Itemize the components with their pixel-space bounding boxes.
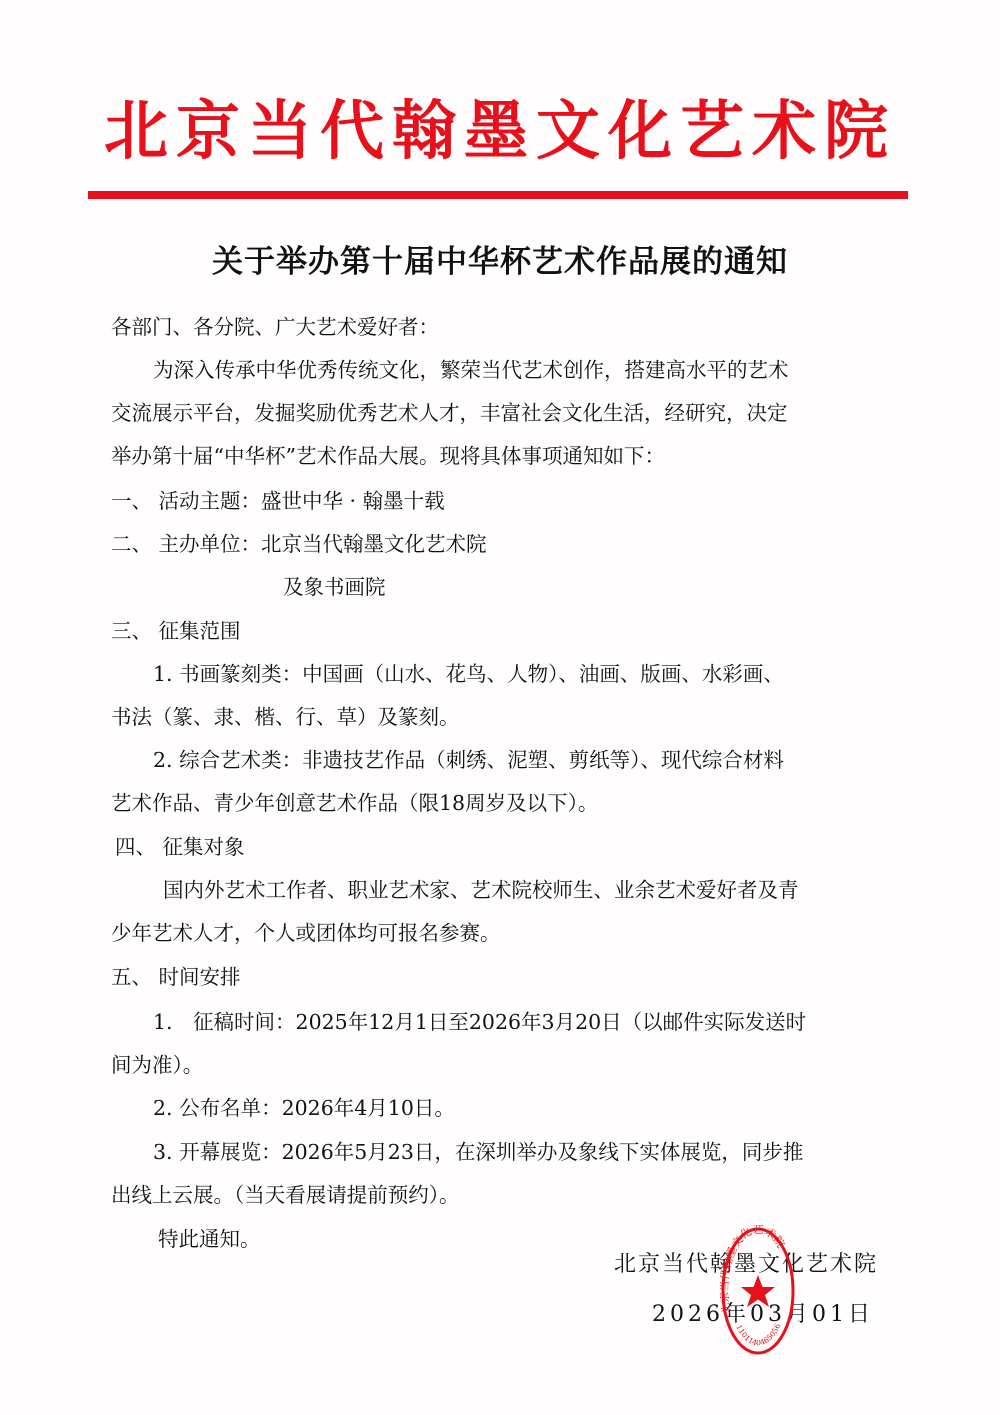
official-seal: 北京当代翰墨文化艺术院 1101140465056: [720, 1225, 796, 1357]
section-theme: 一、 活动主题：盛世中华 · 翰墨十载: [111, 486, 445, 516]
org-title: 北京当代翰墨文化艺术院: [0, 92, 1000, 172]
target-line: 少年艺术人才，个人或团体均可报名参赛。: [111, 918, 501, 948]
target-line: 国内外艺术工作者、职业艺术家、艺术院校师生、业余艺术爱好者及青: [163, 875, 799, 905]
section-organizer-continuation: 及象书画院: [283, 572, 386, 602]
intro-line: 交流展示平台，发掘奖励优秀艺术人才，丰富社会文化生活，经研究，决定: [111, 398, 788, 428]
intro-line: 举办第十届“中华杯”艺术作品大展。现将具体事项通知如下：: [111, 441, 665, 471]
notice-title: 关于举办第十届中华杯艺术作品展的通知: [0, 240, 1000, 284]
scope-line: 艺术作品、青少年创意艺术作品（限18周岁及以下）。: [111, 788, 598, 818]
scope-line: 2. 综合艺术类：非遗技艺作品（刺绣、泥塑、剪纸等）、现代综合材料: [153, 745, 784, 775]
salutation: 各部门、各分院、广大艺术爱好者：: [111, 312, 439, 342]
seal-icon: 北京当代翰墨文化艺术院 1101140465056: [720, 1225, 796, 1357]
closing: 特此通知。: [158, 1224, 261, 1254]
schedule-line: 2. 公布名单：2026年4月10日。: [153, 1093, 455, 1123]
scope-line: 书法（篆、隶、楷、行、草）及篆刻。: [111, 702, 460, 732]
schedule-line: 间为准）。: [111, 1050, 203, 1080]
section-scope-heading: 三、 征集范围: [111, 616, 241, 646]
schedule-line: 1. 征稿时间：2025年12月1日至2026年3月20日（以邮件实际发送时: [153, 1007, 806, 1037]
schedule-line: 出线上云展。（当天看展请提前预约）。: [111, 1180, 460, 1210]
section-organizer: 二、 主办单位：北京当代翰墨文化艺术院: [111, 529, 487, 559]
red-divider: [88, 191, 908, 199]
intro-line: 为深入传承中华优秀传统文化，繁荣当代艺术创作，搭建高水平的艺术: [153, 355, 789, 385]
section-schedule-heading: 五、 时间安排: [111, 962, 241, 992]
schedule-line: 3. 开幕展览：2026年5月23日，在深圳举办及象线下实体展览，同步推: [153, 1137, 803, 1167]
section-target-heading: 四、 征集对象: [115, 832, 245, 862]
scope-line: 1. 书画篆刻类：中国画（山水、花鸟、人物）、油画、版画、水彩画、: [153, 659, 784, 689]
star-icon: [741, 1275, 775, 1307]
